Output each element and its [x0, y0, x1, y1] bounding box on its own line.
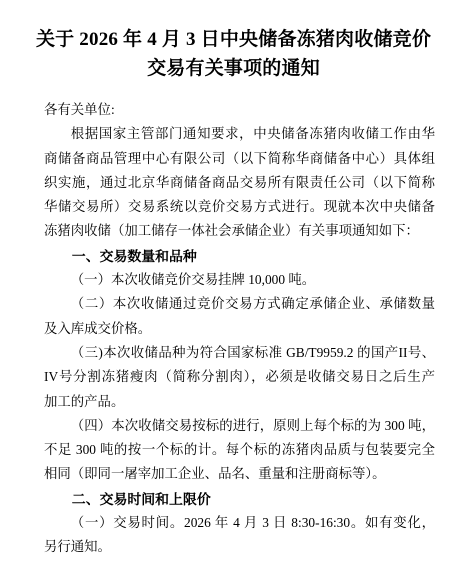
body-line: IV号分割冻猪瘦肉（简称分割肉），必须是收储交易日之后生产	[44, 365, 435, 389]
document-title: 关于 2026 年 4 月 3 日中央储备冻猪肉收储竞价 交易有关事项的通知	[0, 26, 467, 83]
body-line: 华储交易所）交易系统以竞价交易方式进行。现就本次中央储备	[44, 195, 435, 219]
body-line: （一）交易时间。2026 年 4 月 3 日 8:30-16:30。如有变化，	[44, 511, 435, 535]
body-line: （四）本次收储交易按标的进行，原则上每个标的为 300 吨，	[44, 414, 435, 438]
body-line: （一）本次收储竞价交易挂牌 10,000 吨。	[44, 268, 435, 292]
section-heading-1: 一、交易数量和品种	[44, 244, 435, 268]
body-line: 加工的产品。	[44, 390, 435, 414]
document-body: 各有关单位: 根据国家主管部门通知要求，中央储备冻猪肉收储工作由华商储备商品管理…	[0, 98, 467, 560]
body-line: 相同（即同一屠宰加工企业、品名、重量和注册商标等）。	[44, 462, 435, 486]
blocks-container: 根据国家主管部门通知要求，中央储备冻猪肉收储工作由华商储备商品管理中心有限公司（…	[44, 122, 435, 559]
document-title-line-1: 关于 2026 年 4 月 3 日中央储备冻猪肉收储竞价	[0, 26, 467, 55]
notice-document: 关于 2026 年 4 月 3 日中央储备冻猪肉收储竞价 交易有关事项的通知 各…	[0, 0, 467, 574]
body-line: 不足 300 吨的按一个标的计。每个标的冻猪肉品质与包装要完全	[44, 438, 435, 462]
body-line: 织实施，通过北京华商储备商品交易所有限责任公司（以下简称	[44, 171, 435, 195]
document-title-line-2: 交易有关事项的通知	[0, 55, 467, 84]
body-line: 商储备商品管理中心有限公司（以下简称华商储备中心）具体组	[44, 147, 435, 171]
body-line: 另行通知。	[44, 535, 435, 559]
salutation: 各有关单位:	[44, 98, 435, 122]
body-line: （三)本次收储品种为符合国家标准 GB/T9959.2 的国产II号、	[44, 341, 435, 365]
body-line: 根据国家主管部门通知要求，中央储备冻猪肉收储工作由华	[44, 122, 435, 146]
body-line: （二）本次收储通过竞价交易方式确定承储企业、承储数量	[44, 292, 435, 316]
body-line: 及入库成交价格。	[44, 317, 435, 341]
section-heading-2: 二、交易时间和上限价	[44, 487, 435, 511]
body-line: 冻猪肉收储（加工储存一体社会承储企业）有关事项通知如下：	[44, 219, 435, 243]
